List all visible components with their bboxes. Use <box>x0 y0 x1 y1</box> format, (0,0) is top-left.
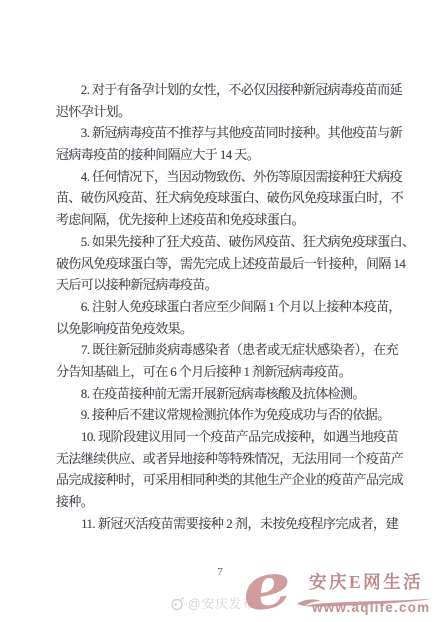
aqlife-watermark: e 安庆E网生活 www.aqlife.com <box>245 548 440 622</box>
text-line: 迟怀孕计划。 <box>56 101 398 123</box>
text-line: 7. 既往新冠肺炎病毒感染者（患者或无症状感染者），在充 <box>56 339 398 361</box>
text-line: 6. 注射人免疫球蛋白者应至少间隔 1 个月以上接种本疫苗， <box>56 296 398 318</box>
text-line: 考虑间隔，优先接种上述疫苗和免疫球蛋白。 <box>56 209 398 231</box>
text-line: 10. 现阶段建议用同一个疫苗产品完成接种，如遇当地疫苗 <box>56 426 398 448</box>
document-page: 2. 对于有备孕计划的女性，不必仅因接种新冠病毒疫苗而延 迟怀孕计划。 3. 新… <box>0 0 440 622</box>
aqlife-url: www.aqlife.com <box>312 600 430 615</box>
text-line: 冠病毒疫苗的接种间隔应大于 14 天。 <box>56 144 398 166</box>
text-line: 3. 新冠病毒疫苗不推荐与其他疫苗同时接种。其他疫苗与新 <box>56 122 398 144</box>
text-line: 以免影响疫苗免疫效果。 <box>56 318 398 340</box>
text-line: 11. 新冠灭活疫苗需要接种 2 剂，未按免疫程序完成者，建 <box>56 513 398 535</box>
text-line: 4. 任何情况下，当因动物致伤、外伤等原因需接种狂犬病疫 <box>56 166 398 188</box>
text-line: 8. 在疫苗接种前无需开展新冠病毒核酸及抗体检测。 <box>56 383 398 405</box>
document-body: 2. 对于有备孕计划的女性，不必仅因接种新冠病毒疫苗而延 迟怀孕计划。 3. 新… <box>56 79 398 534</box>
text-line: 接种。 <box>56 491 398 513</box>
text-line: 品完成接种时，可采用相同种类的其他生产企业的疫苗产品完成 <box>56 469 398 491</box>
text-line: 9. 接种后不建议常规检测抗体作为免疫成功与否的依据。 <box>56 404 398 426</box>
text-line: 苗、破伤风疫苗、狂犬病免疫球蛋白、破伤风免疫球蛋白时，不 <box>56 187 398 209</box>
text-line: 破伤风免疫球蛋白等，需先完成上述疫苗最后一针接种，间隔 14 <box>56 253 398 275</box>
aqlife-e-logo-icon: e <box>238 553 295 621</box>
weibo-icon <box>170 596 185 611</box>
aqlife-site-name: 安庆E网生活 <box>309 569 423 594</box>
text-line: 天后可以接种新冠病毒疫苗。 <box>56 274 398 296</box>
text-line: 5. 如果先接种了狂犬疫苗、破伤风疫苗、狂犬病免疫球蛋白、 <box>56 231 398 253</box>
text-line: 分告知基础上，可在 6 个月后接种 1 剂新冠病毒疫苗。 <box>56 361 398 383</box>
text-line: 无法继续供应、或者异地接种等特殊情况，无法用同一个疫苗产 <box>56 448 398 470</box>
text-line: 2. 对于有备孕计划的女性，不必仅因接种新冠病毒疫苗而延 <box>56 79 398 101</box>
